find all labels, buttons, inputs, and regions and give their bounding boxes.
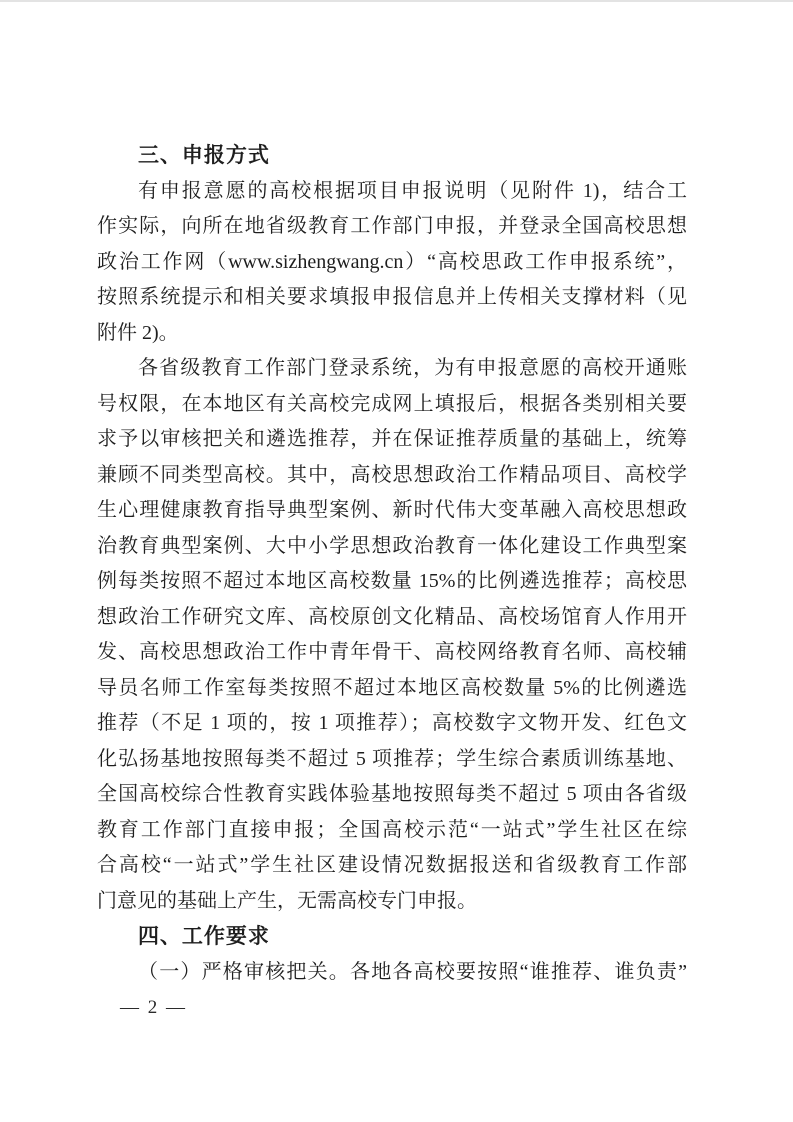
- text-line: 合高校“一站式”学生社区建设情况数据报送和省级教育工作部: [97, 848, 687, 884]
- section-3-heading: 三、申报方式: [97, 138, 687, 174]
- document-body: 三、申报方式 有申报意愿的高校根据项目申报说明（见附件 1)，结合工 作实际，向…: [97, 138, 687, 990]
- text-line: 求予以审核把关和遴选推荐，并在保证推荐质量的基础上，统筹: [97, 422, 687, 458]
- text-line: 按照系统提示和相关要求填报申报信息并上传相关支撑材料（见: [97, 280, 687, 316]
- text-line: （一）严格审核把关。各地各高校要按照“谁推荐、谁负责”: [97, 955, 687, 991]
- text-line: 导员名师工作室每类按照不超过本地区高校数量 5%的比例遴选: [97, 671, 687, 707]
- text-line: 治教育典型案例、大中小学思想政治教育一体化建设工作典型案: [97, 529, 687, 565]
- section-4-heading: 四、工作要求: [97, 919, 687, 955]
- text-line: 号权限，在本地区有关高校完成网上填报后，根据各类别相关要: [97, 387, 687, 423]
- item-body-text: 各地各高校要按照“谁推荐、谁负责”: [350, 961, 687, 983]
- item-lead-phrase: （一）严格审核把关。: [138, 961, 350, 983]
- text-line: 教育工作部门直接申报；全国高校示范“一站式”学生社区在综: [97, 813, 687, 849]
- paragraph-1: 有申报意愿的高校根据项目申报说明（见附件 1)，结合工 作实际，向所在地省级教育…: [97, 174, 687, 352]
- document-page: 三、申报方式 有申报意愿的高校根据项目申报说明（见附件 1)，结合工 作实际，向…: [0, 0, 793, 1122]
- text-line: 有申报意愿的高校根据项目申报说明（见附件 1)，结合工: [97, 174, 687, 210]
- text-line: 各省级教育工作部门登录系统，为有申报意愿的高校开通账: [97, 351, 687, 387]
- text-line: 生心理健康教育指导典型案例、新时代伟大变革融入高校思想政: [97, 493, 687, 529]
- text-line: 附件 2)。: [97, 316, 687, 352]
- text-line: 兼顾不同类型高校。其中，高校思想政治工作精品项目、高校学: [97, 458, 687, 494]
- text-line: 全国高校综合性教育实践体验基地按照每类不超过 5 项由各省级: [97, 777, 687, 813]
- text-line: 政治工作网（www.sizhengwang.cn）“高校思政工作申报系统”，: [97, 245, 687, 281]
- text-line: 推荐（不足 1 项的，按 1 项推荐）；高校数字文物开发、红色文: [97, 706, 687, 742]
- text-line: 想政治工作研究文库、高校原创文化精品、高校场馆育人作用开: [97, 600, 687, 636]
- text-line: 例每类按照不超过本地区高校数量 15%的比例遴选推荐；高校思: [97, 564, 687, 600]
- text-line: 作实际，向所在地省级教育工作部门申报，并登录全国高校思想: [97, 209, 687, 245]
- page-number: — 2 —: [120, 997, 187, 1019]
- text-line: 发、高校思想政治工作中青年骨干、高校网络教育名师、高校辅: [97, 635, 687, 671]
- paragraph-3: （一）严格审核把关。各地各高校要按照“谁推荐、谁负责”: [97, 955, 687, 991]
- text-line: 化弘扬基地按照每类不超过 5 项推荐；学生综合素质训练基地、: [97, 742, 687, 778]
- paragraph-2: 各省级教育工作部门登录系统，为有申报意愿的高校开通账 号权限，在本地区有关高校完…: [97, 351, 687, 919]
- text-line: 门意见的基础上产生，无需高校专门申报。: [97, 884, 687, 920]
